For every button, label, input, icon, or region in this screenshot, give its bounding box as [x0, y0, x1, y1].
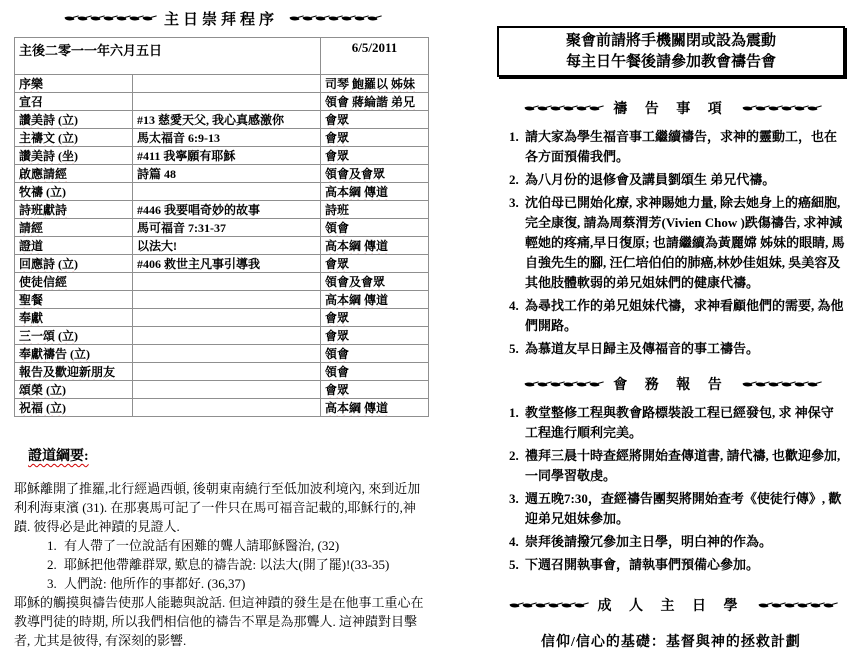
prayer-items-list: 請大家為學生福音事工繼續禱告，求神的靈動工，也在各方面預備我們。 為八月份的退修… [497, 127, 845, 359]
section-title: 成 人 主 日 學 [598, 595, 745, 615]
table-row: 啟應請經詩篇 48領會及會眾 [15, 165, 429, 183]
program-who-cell: 高本綱 傳道 [321, 183, 429, 201]
program-item-cell: 祝福 (立) [15, 399, 133, 417]
table-row: 聖餐高本綱 傳道 [15, 291, 429, 309]
program-detail-cell [133, 75, 321, 93]
program-item-cell: 報告及歡迎新朋友 [15, 363, 133, 381]
program-detail-cell [133, 327, 321, 345]
program-item-cell: 使徒信經 [15, 273, 133, 291]
ornament-chain-icon [743, 106, 817, 111]
program-item-cell: 聖餐 [15, 291, 133, 309]
program-item-cell: 讚美詩 (立) [15, 111, 133, 129]
program-item-cell: 詩班獻詩 [15, 201, 133, 219]
list-item: 禮拜三晨十時查經將開始查傳道書, 請代禱, 也歡迎參加, 一同學習敬虔。 [522, 446, 845, 486]
program-who-cell: 領會 [321, 345, 429, 363]
program-who-cell: 高本綱 傳道 [321, 237, 429, 255]
list-item: 為八月份的退修會及講員劉頌生 弟兄代禱。 [522, 170, 845, 190]
adult-sunday-school-header: 成 人 主 日 學 [497, 595, 845, 615]
table-row: 回應詩 (立)#406 救世主凡事引導我會眾 [15, 255, 429, 273]
sermon-outline-section: 證道綱要: 耶穌離開了推羅,北行經過西頓, 後朝東南繞行至低加波利境內, 來到近… [14, 445, 428, 650]
program-item-cell: 牧禱 (立) [15, 183, 133, 201]
service-program-table: 主後二零一一年六月五日 6/5/2011 序樂司琴 鮑羅以 姊妹 宣召領會 蔣綸… [14, 37, 429, 417]
program-detail-cell: #406 救世主凡事引導我 [133, 255, 321, 273]
section-title: 會 務 報 告 [613, 374, 729, 394]
notice-line: 每主日午餐後請參加教會禱告會 [503, 52, 839, 73]
program-who-cell: 會眾 [321, 111, 429, 129]
list-item: 為尋找工作的弟兄姐妹代禱，求神看顧他們的需要, 為他們開路。 [522, 296, 845, 336]
table-row: 宣召領會 蔣綸諧 弟兄 [15, 93, 429, 111]
table-row-date: 主後二零一一年六月五日 6/5/2011 [15, 38, 429, 75]
ornament-chain-icon [510, 603, 584, 608]
table-row: 奉獻會眾 [15, 309, 429, 327]
program-item-cell: 三一頌 (立) [15, 327, 133, 345]
program-item-cell: 奉獻 [15, 309, 133, 327]
program-who-cell: 會眾 [321, 309, 429, 327]
program-who-cell: 高本綱 傳道 [321, 399, 429, 417]
list-item: 週五晚7:30，查經禱告團契將開始查考《使徒行傳》, 歡迎弟兄姐妹參加。 [522, 489, 845, 529]
church-affairs-header: 會 務 報 告 [497, 374, 845, 394]
table-row: 請經馬可福音 7:31-37領會 [15, 219, 429, 237]
program-who-cell: 會眾 [321, 129, 429, 147]
ornament-chain-icon [290, 16, 377, 21]
program-who-cell: 會眾 [321, 255, 429, 273]
program-who-cell: 領會 蔣綸諧 弟兄 [321, 93, 429, 111]
prayer-items-header: 禱 告 事 項 [497, 98, 845, 118]
program-detail-cell [133, 399, 321, 417]
program-item-cell: 讚美詩 (坐) [15, 147, 133, 165]
program-item-cell: 請經 [15, 219, 133, 237]
table-row: 祝福 (立)高本綱 傳道 [15, 399, 429, 417]
program-who-cell: 司琴 鮑羅以 姊妹 [321, 75, 429, 93]
program-detail-cell: 以法大! [133, 237, 321, 255]
list-item: 下週召開執事會，請執事們預備心參加。 [522, 555, 845, 575]
sermon-point: 耶穌把他帶離群眾, 歎息的禱告說: 以法大(開了罷)!(33-35) [60, 555, 428, 574]
sermon-point: 人們說: 他所作的事都好. (36,37) [60, 574, 428, 593]
table-row: 讚美詩 (坐)#411 我寧願有耶穌會眾 [15, 147, 429, 165]
page-title: 主日崇拜程序 [164, 8, 278, 29]
program-who-cell: 領會及會眾 [321, 165, 429, 183]
bulletin-right-page: 聚會前請將手機關閉或設為震動 每主日午餐後請參加教會禱告會 禱 告 事 項 請大… [497, 26, 845, 651]
list-item: 請大家為學生福音事工繼續禱告，求神的靈動工，也在各方面預備我們。 [522, 127, 845, 167]
program-who-cell: 領會 [321, 363, 429, 381]
program-item-cell: 證道 [15, 237, 133, 255]
bulletin-left-page: 主日崇拜程序 主後二零一一年六月五日 6/5/2011 序樂司琴 鮑羅以 姊妹 … [14, 8, 428, 650]
program-who-cell: 領會及會眾 [321, 273, 429, 291]
program-detail-cell: 馬太福音 6:9-13 [133, 129, 321, 147]
notice-line: 聚會前請將手機關閉或設為震動 [503, 31, 839, 52]
table-row: 詩班獻詩#446 我要唱奇妙的故事詩班 [15, 201, 429, 219]
program-detail-cell [133, 345, 321, 363]
list-item: 崇拜後請撥冗參加主日學，明白神的作為。 [522, 532, 845, 552]
program-detail-cell [133, 93, 321, 111]
list-item: 沈伯母已開始化療, 求神賜她力量, 除去她身上的癌細胞,完全康復, 請為周蔡渭芳… [522, 193, 845, 293]
table-row: 三一頌 (立)會眾 [15, 327, 429, 345]
notice-box: 聚會前請將手機關閉或設為震動 每主日午餐後請參加教會禱告會 [497, 26, 845, 77]
program-detail-cell [133, 381, 321, 399]
table-row: 序樂司琴 鮑羅以 姊妹 [15, 75, 429, 93]
table-row: 使徒信經領會及會眾 [15, 273, 429, 291]
program-detail-cell: #13 慈愛天父, 我心真感激你 [133, 111, 321, 129]
program-detail-cell: 馬可福音 7:31-37 [133, 219, 321, 237]
program-detail-cell [133, 183, 321, 201]
program-item-cell: 宣召 [15, 93, 133, 111]
program-detail-cell: 詩篇 48 [133, 165, 321, 183]
program-detail-cell [133, 309, 321, 327]
program-item-cell: 啟應請經 [15, 165, 133, 183]
ornament-chain-icon [743, 382, 817, 387]
program-detail-cell [133, 291, 321, 309]
church-affairs-list: 教堂整修工程與教會路標裝設工程已經發包, 求 神保守工程進行順利完美。 禮拜三晨… [497, 403, 845, 575]
ornament-chain-icon [525, 382, 599, 387]
table-row: 奉獻禱告 (立)領會 [15, 345, 429, 363]
program-who-cell: 會眾 [321, 381, 429, 399]
table-row: 讚美詩 (立)#13 慈愛天父, 我心真感激你會眾 [15, 111, 429, 129]
program-who-cell: 高本綱 傳道 [321, 291, 429, 309]
program-item-cell: 主禱文 (立) [15, 129, 133, 147]
program-detail-cell: #411 我寧願有耶穌 [133, 147, 321, 165]
table-row: 頌榮 (立)會眾 [15, 381, 429, 399]
list-item: 教堂整修工程與教會路標裝設工程已經發包, 求 神保守工程進行順利完美。 [522, 403, 845, 443]
table-row: 牧禱 (立)高本綱 傳道 [15, 183, 429, 201]
program-item-cell: 奉獻禱告 (立) [15, 345, 133, 363]
program-item-cell: 頌榮 (立) [15, 381, 133, 399]
worship-order-title: 主日崇拜程序 [14, 8, 428, 29]
sunday-school-topic: 信仰/信心的基礎：基督與神的拯救計劃 [497, 631, 845, 651]
table-row: 報告及歡迎新朋友領會 [15, 363, 429, 381]
sermon-conclusion-paragraph: 耶穌的觸摸與禱告使那人能聽與說話. 但這神蹟的發生是在他事工重心在教導門徒的時期… [14, 593, 428, 650]
table-row: 主禱文 (立)馬太福音 6:9-13會眾 [15, 129, 429, 147]
program-item-cell: 序樂 [15, 75, 133, 93]
table-row: 證道以法大!高本綱 傳道 [15, 237, 429, 255]
program-detail-cell [133, 363, 321, 381]
sermon-outline-heading: 證道綱要: [28, 445, 428, 465]
sermon-point: 有人帶了一位說話有困難的聾人請耶穌醫治, (32) [60, 536, 428, 555]
program-who-cell: 會眾 [321, 327, 429, 345]
ornament-chain-icon [525, 106, 599, 111]
service-date-cn: 主後二零一一年六月五日 [15, 38, 321, 75]
program-who-cell: 會眾 [321, 147, 429, 165]
ornament-chain-icon [759, 603, 833, 608]
program-item-cell: 回應詩 (立) [15, 255, 133, 273]
ornament-chain-icon [65, 16, 152, 21]
sermon-points-list: 有人帶了一位說話有困難的聾人請耶穌醫治, (32) 耶穌把他帶離群眾, 歎息的禱… [14, 536, 428, 593]
sermon-intro-paragraph: 耶穌離開了推羅,北行經過西頓, 後朝東南繞行至低加波利境內, 來到近加利利海東濱… [14, 479, 428, 536]
section-title: 禱 告 事 項 [613, 98, 729, 118]
service-date-en: 6/5/2011 [321, 38, 429, 75]
program-detail-cell: #446 我要唱奇妙的故事 [133, 201, 321, 219]
program-detail-cell [133, 273, 321, 291]
program-who-cell: 領會 [321, 219, 429, 237]
list-item: 為慕道友早日歸主及傳福音的事工禱告。 [522, 339, 845, 359]
program-who-cell: 詩班 [321, 201, 429, 219]
